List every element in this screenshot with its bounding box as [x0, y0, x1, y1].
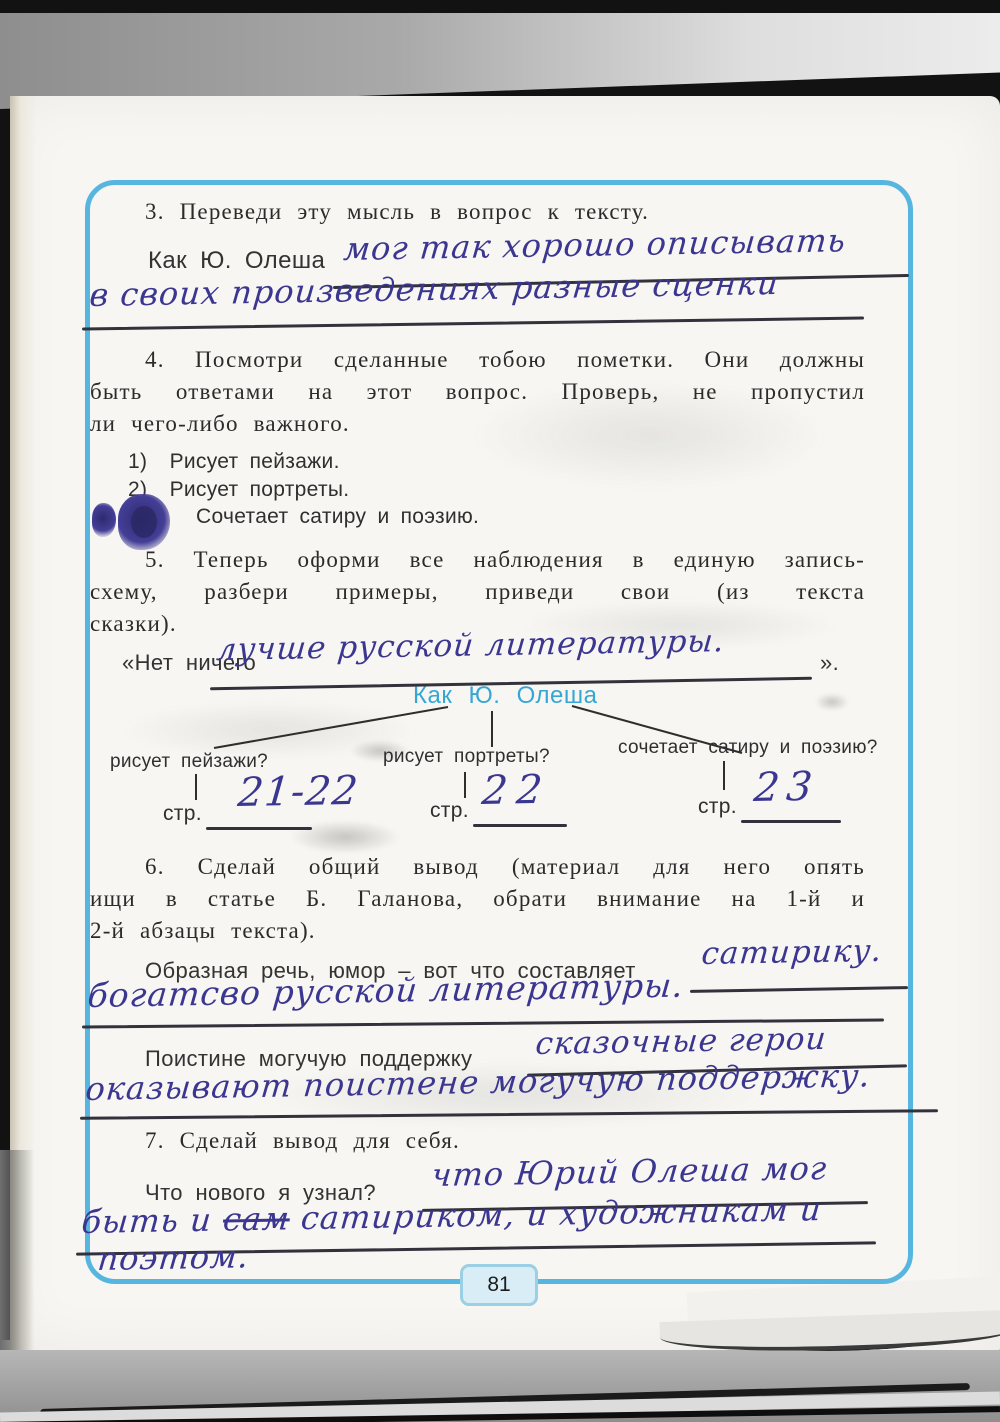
- page-number: 81: [487, 1273, 510, 1297]
- page-ref-underline: [206, 827, 312, 830]
- page-ref-label-3: стр.: [698, 795, 737, 819]
- page-corner-shadow: [0, 1150, 34, 1350]
- branch-question-3: сочетает сатиру и поэзию?: [618, 737, 878, 759]
- task7-handwritten-answer-line3: поэтом.: [96, 1237, 251, 1278]
- quote-close: ».: [820, 650, 839, 676]
- list-item-label: Рисует портреты.: [170, 478, 350, 501]
- page-ref-label-2: стр.: [430, 799, 469, 823]
- struck-word: сам: [222, 1199, 292, 1238]
- task4-list-item-3: Сочетает сатиру и поэзию.: [196, 505, 479, 529]
- ink-scribble: [131, 506, 157, 538]
- page-ref-label-1: стр.: [163, 802, 202, 826]
- task7-handwritten-answer-line1: что Юрий Олеша мог: [430, 1149, 829, 1194]
- task6-line2: ищи в статье Б. Галанова, обрати внимани…: [90, 883, 865, 915]
- task5-line2: схему, разбери примеры, приведи свои (из…: [90, 576, 865, 608]
- page-number-badge: 81: [460, 1264, 538, 1306]
- page-ref-underline: [473, 824, 567, 827]
- task4-line3: ли чего-либо важного.: [90, 408, 865, 440]
- page-ref-value-3: 23: [752, 764, 821, 811]
- task4-line1: 4. Посмотри сделанные тобою пометки. Они…: [90, 344, 865, 376]
- scanner-shadow-band: [0, 13, 1000, 109]
- list-marker: 1): [128, 450, 147, 473]
- task5-instruction: 5. Теперь оформи все наблюдения в единую…: [90, 544, 865, 640]
- task6-handwritten-answer1: сатирику.: [700, 933, 884, 972]
- page-ref-value-2: 22: [480, 767, 553, 814]
- list-item-label: Рисует пейзажи.: [170, 450, 340, 473]
- page-ref-underline: [741, 820, 841, 823]
- task4-instruction: 4. Посмотри сделанные тобою пометки. Они…: [90, 344, 865, 440]
- task4-list-item-1: 1) Рисует пейзажи.: [128, 450, 340, 474]
- scanned-workbook-page: 3. Переведи эту мысль в вопрос к тексту.…: [0, 0, 1000, 1422]
- scheme-root-heading: Как Ю. Олеша: [413, 682, 597, 710]
- task3-instruction: 3. Переведи эту мысль в вопрос к тексту.: [145, 199, 649, 225]
- list-item-label: Сочетает сатиру и поэзию.: [196, 505, 479, 528]
- task4-list-item-2: 2) Рисует портреты.: [128, 478, 349, 502]
- task6-line1: 6. Сделай общий вывод (материал для него…: [90, 851, 865, 883]
- task7-instruction: 7. Сделай вывод для себя.: [145, 1128, 460, 1154]
- task6-instruction: 6. Сделай общий вывод (материал для него…: [90, 851, 865, 947]
- task3-prompt: Как Ю. Олеша: [148, 247, 325, 275]
- page-ref-value-1: 21-22: [236, 768, 361, 816]
- branch-question-2: рисует портреты?: [383, 746, 550, 768]
- task6-handwritten-answer2: сказочные герои: [534, 1021, 828, 1062]
- handwritten-text: быть и: [80, 1201, 225, 1241]
- task5-line1: 5. Теперь оформи все наблюдения в единую…: [90, 544, 865, 576]
- task4-line2: быть ответами на этот вопрос. Проверь, н…: [90, 376, 865, 408]
